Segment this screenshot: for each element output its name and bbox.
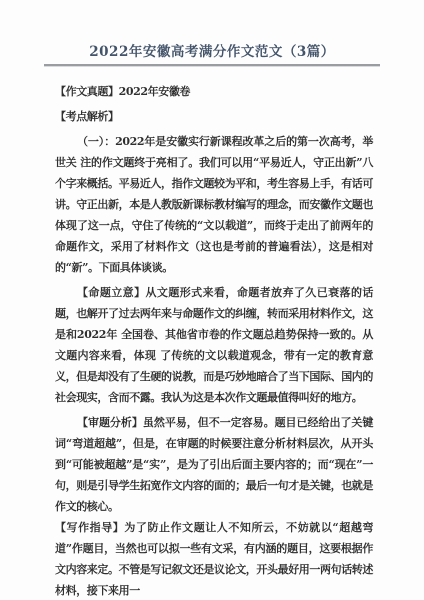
paragraph-analysis-header: 【考点解析】 xyxy=(55,106,373,127)
document-body: 【作文真题】2022年安徽卷 【考点解析】 （一）：2022年是安徽实行新课程改… xyxy=(55,81,373,600)
paragraph-topic-analysis: 【审题分析】虽然平易，但不一定容易。题目已经给出了关键词“弯道超越”，但是，在审… xyxy=(55,412,373,517)
title-divider xyxy=(44,64,380,67)
paragraph-writing-guidance: 【写作指导】为了防止作文题让人不知所云，不妨就以“超越弯道”作题目，当然也可以拟… xyxy=(55,517,373,600)
paragraph-analysis-part-one: （一）：2022年是安徽实行新课程改革之后的第一次高考，举世关 注的作文题终于亮… xyxy=(55,131,373,278)
page-title: 2022年安徽高考满分作文范文（3篇） xyxy=(0,0,424,60)
paragraph-exam-question: 【作文真题】2022年安徽卷 xyxy=(55,81,373,102)
paragraph-proposition-intent: 【命题立意】从文题形式来看，命题者放弃了久已衰落的话题，也解开了过去两年来与命题… xyxy=(55,282,373,408)
document-page: 2022年安徽高考满分作文范文（3篇） 【作文真题】2022年安徽卷 【考点解析… xyxy=(0,0,424,600)
